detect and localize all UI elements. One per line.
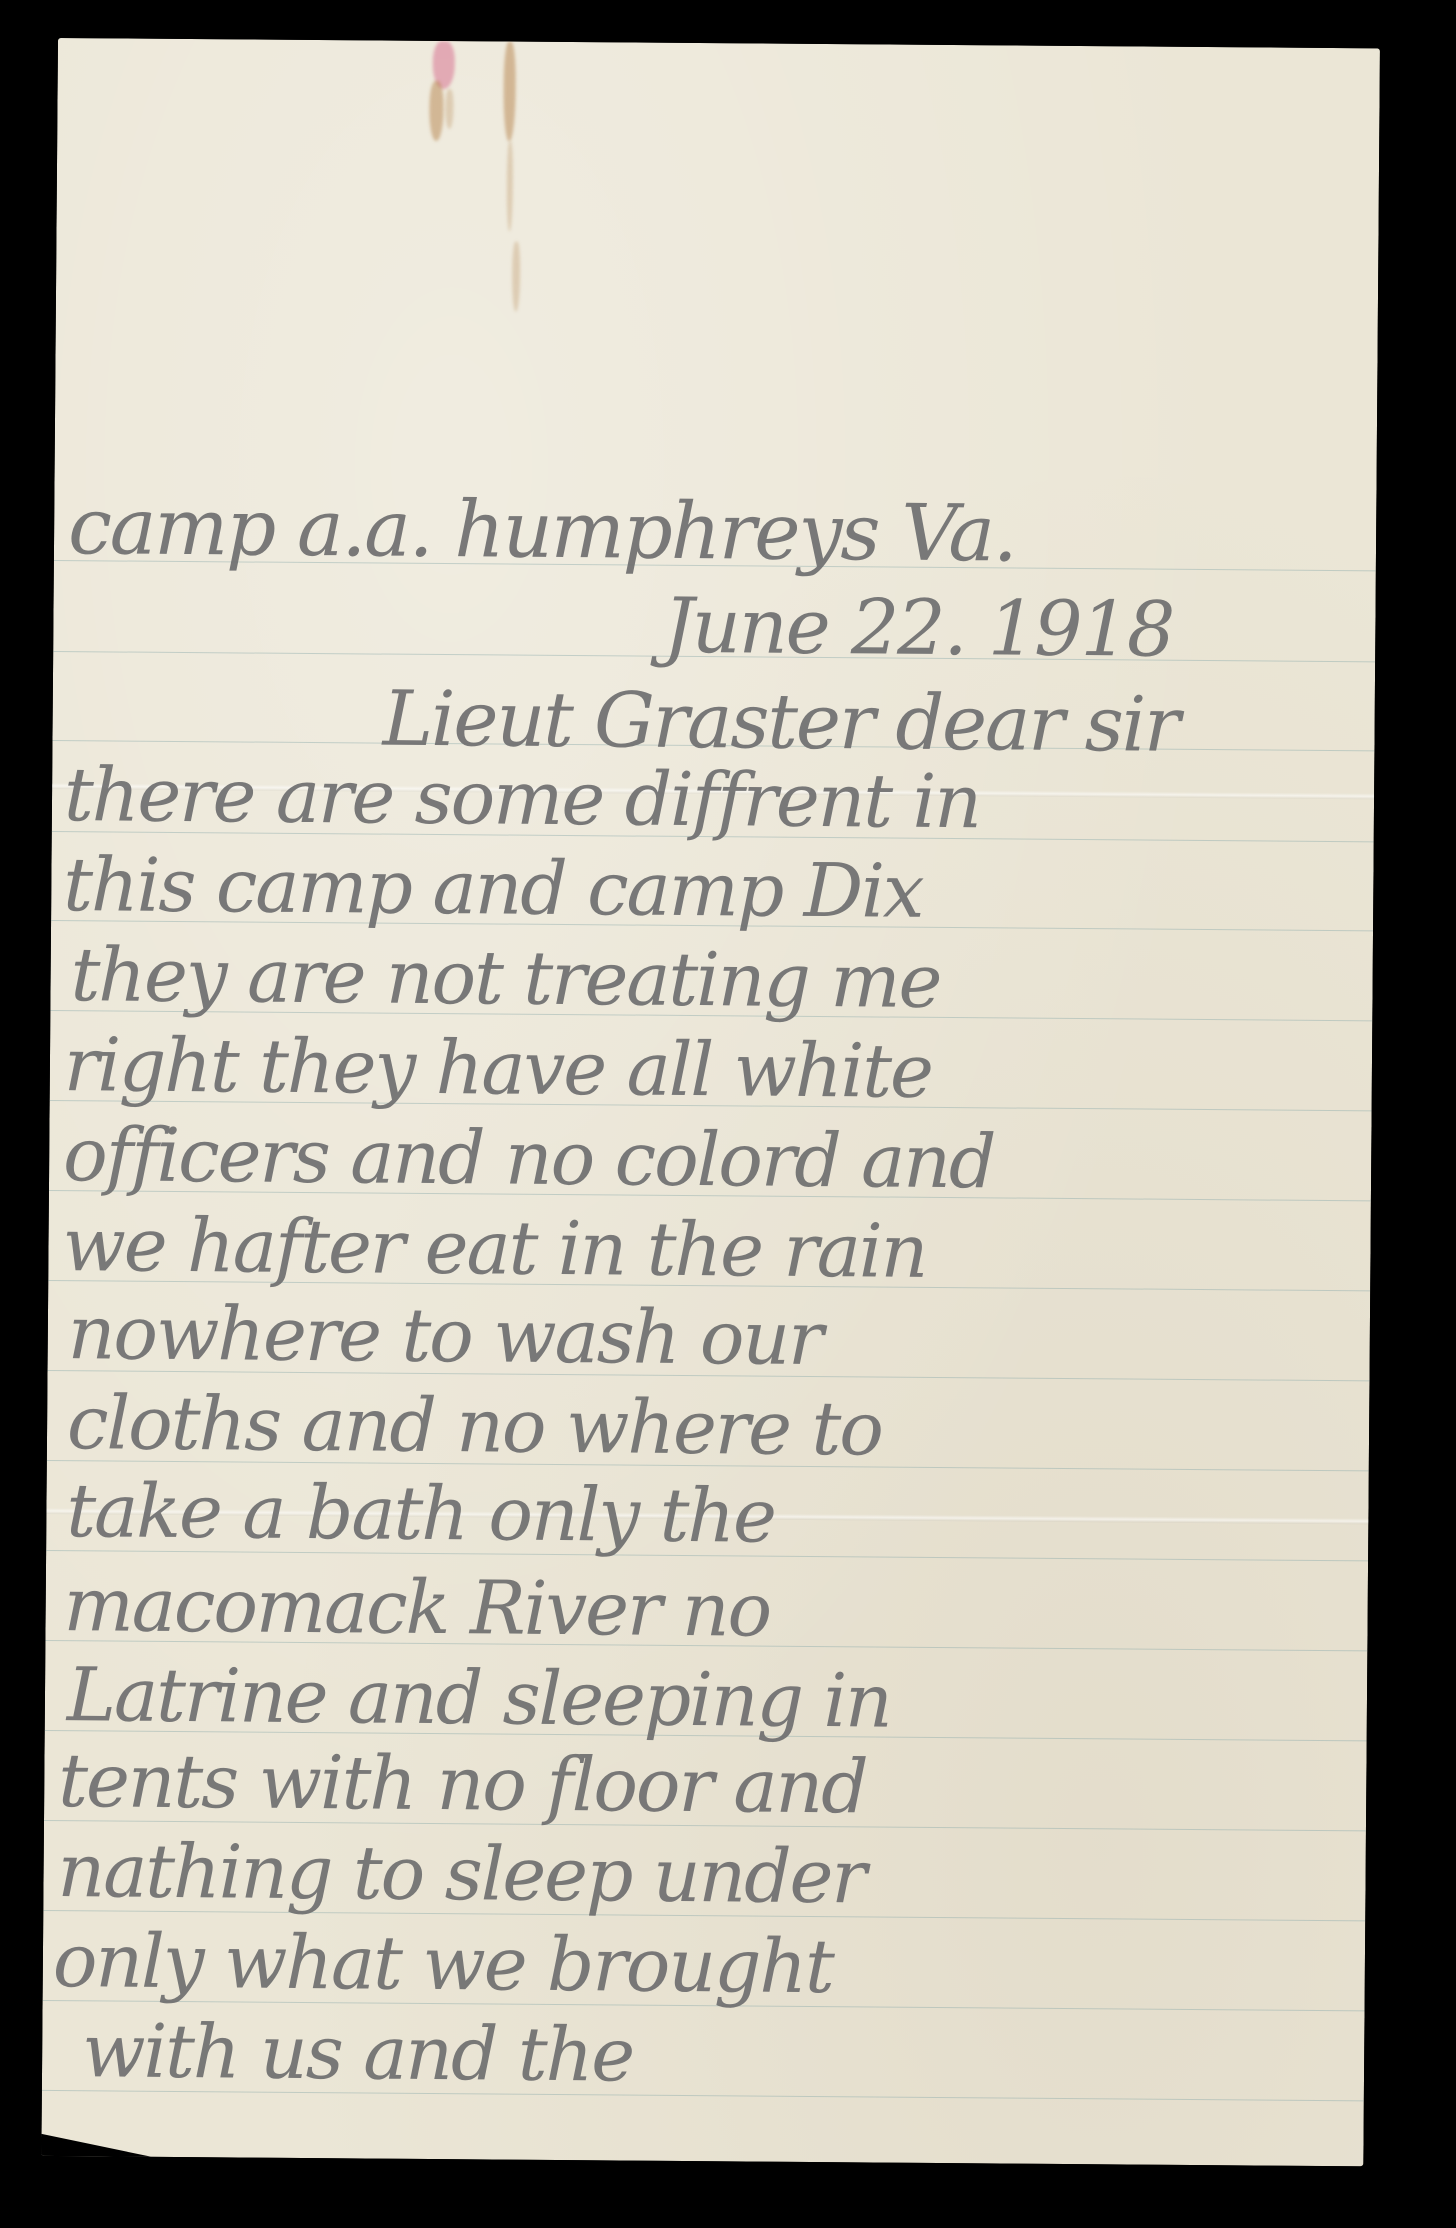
letter-body-line: there are some diffrent in [64, 758, 980, 839]
letter-heading-place: camp a.a. humphreys Va. [68, 488, 1016, 573]
letter-heading-date: June 22. 1918 [663, 588, 1174, 668]
letter-body-line: cloths and no where to [67, 1386, 882, 1466]
rust-stain [506, 142, 513, 232]
letter-body-line: this camp and camp Dix [63, 848, 923, 929]
letter-salutation: Lieut Graster dear sir [382, 681, 1178, 763]
letter-body-line: Latrine and sleeping in [67, 1658, 891, 1738]
letter-body-line: right they have all white [64, 1028, 932, 1109]
rust-stain [503, 42, 516, 142]
letter-body-line: take a bath only the [66, 1474, 775, 1554]
letter-body-line: only what we brought [53, 1924, 834, 2004]
letter-page: camp a.a. humphreys Va. June 22. 1918 Li… [41, 38, 1380, 2166]
rust-stain [445, 89, 453, 129]
letter-body-line: they are not treating me [70, 938, 940, 1019]
letter-body-line: nathing to sleep under [57, 1834, 865, 1914]
letter-body-line: with us and the [82, 2014, 634, 2092]
rust-stain [429, 81, 443, 141]
letter-body-line: tents with no floor and [58, 1744, 867, 1824]
letter-body-line: officers and no colord and [63, 1118, 995, 1199]
letter-body-line: nowhere to wash our [68, 1296, 822, 1376]
letter-body-line: macomack River no [63, 1568, 770, 1648]
torn-corner [41, 2134, 151, 2157]
rust-stain [512, 242, 521, 312]
letter-body-line: we hafter eat in the rain [62, 1208, 926, 1289]
